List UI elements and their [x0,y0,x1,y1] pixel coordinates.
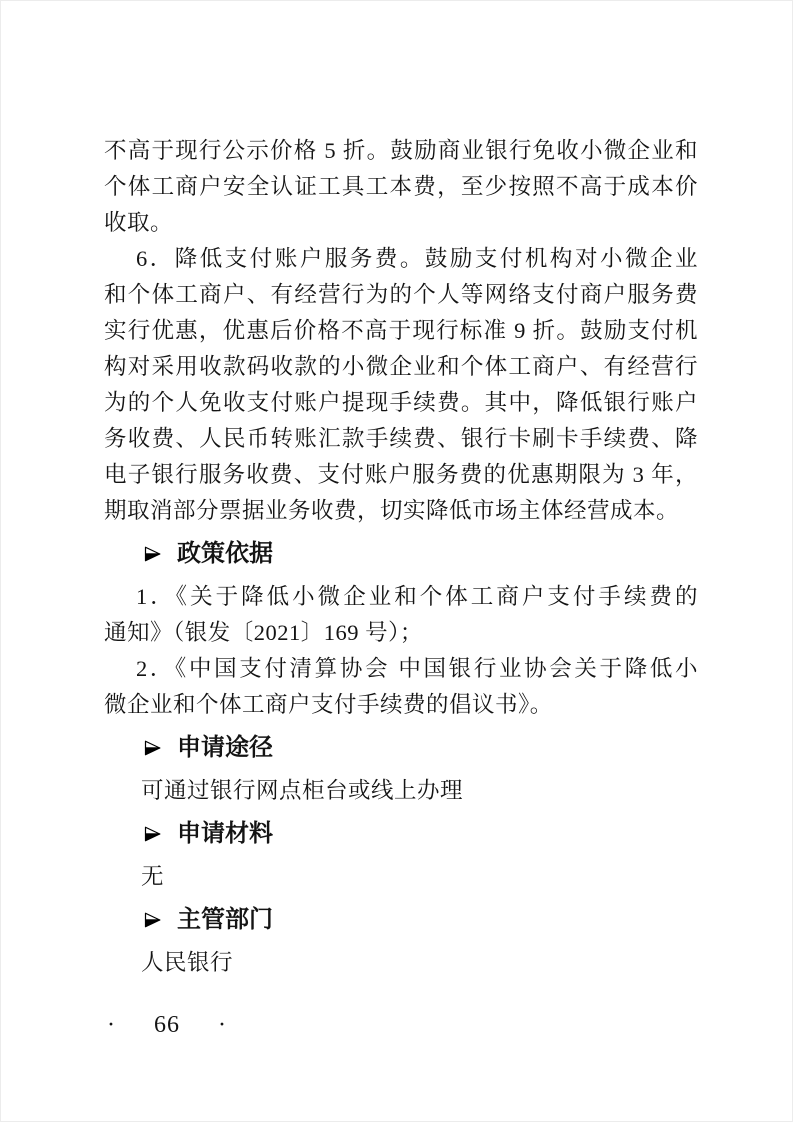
list-item-line: 2．《中国支付清算协会 中国银行业协会关于降低小 [104,651,698,687]
paragraph-line: 务收费、人民币转账汇款手续费、银行卡刷卡手续费、降低 [104,421,698,457]
paragraph-line: 期取消部分票据业务收费，切实降低市场主体经营成本。 [104,493,698,529]
section-heading-application-channel: 申请途径 [144,730,698,766]
list-item-line: 通知》（银发〔2021〕169 号）； [104,615,698,651]
text-block: 不高于现行公示价格 5 折。鼓励商业银行免收小微企业和 个体工商户安全认证工具工… [104,133,698,981]
section-heading-label: 申请材料 [177,816,273,852]
arrow-bullet-icon [144,545,162,563]
arrow-bullet-icon [144,911,162,929]
section-heading-policy-basis: 政策依据 [144,536,698,572]
list-item-line: 微企业和个体工商户支付手续费的倡议书》。 [104,687,698,723]
list-item-line: 1．《关于降低小微企业和个体工商户支付手续费的 [104,579,698,615]
paragraph-line: 构对采用收款码收款的小微企业和个体工商户、有经营行 [104,349,698,385]
section-heading-label: 政策依据 [177,536,273,572]
paragraph-line: 个体工商户安全认证工具工本费，至少按照不高于成本价 [104,169,698,205]
arrow-bullet-icon [144,739,162,757]
answer-line: 人民银行 [104,945,698,981]
answer-line: 可通过银行网点柜台或线上办理 [104,773,698,809]
answer-line: 无 [104,859,698,895]
paragraph-line: 实行优惠，优惠后价格不高于现行标准 9 折。鼓励支付机 [104,313,698,349]
section-heading-label: 申请途径 [177,730,273,766]
section-heading-competent-department: 主管部门 [144,902,698,938]
paragraph-line: 收取。 [104,205,698,241]
paragraph-line: 6．降低支付账户服务费。鼓励支付机构对小微企业 [104,241,698,277]
document-page: { "document": { "lines": [ {"text": "不高于… [0,0,793,1122]
page-number: · 66 · [107,1007,227,1043]
paragraph-line: 电子银行服务收费、支付账户服务费的优惠期限为 3 年，长 [104,457,698,493]
arrow-bullet-icon [144,825,162,843]
paragraph-line: 不高于现行公示价格 5 折。鼓励商业银行免收小微企业和 [104,133,698,169]
paragraph-line: 和个体工商户、有经营行为的个人等网络支付商户服务费 [104,277,698,313]
paragraph-line: 为的个人免收支付账户提现手续费。其中，降低银行账户服 [104,385,698,421]
section-heading-application-materials: 申请材料 [144,816,698,852]
section-heading-label: 主管部门 [177,902,273,938]
